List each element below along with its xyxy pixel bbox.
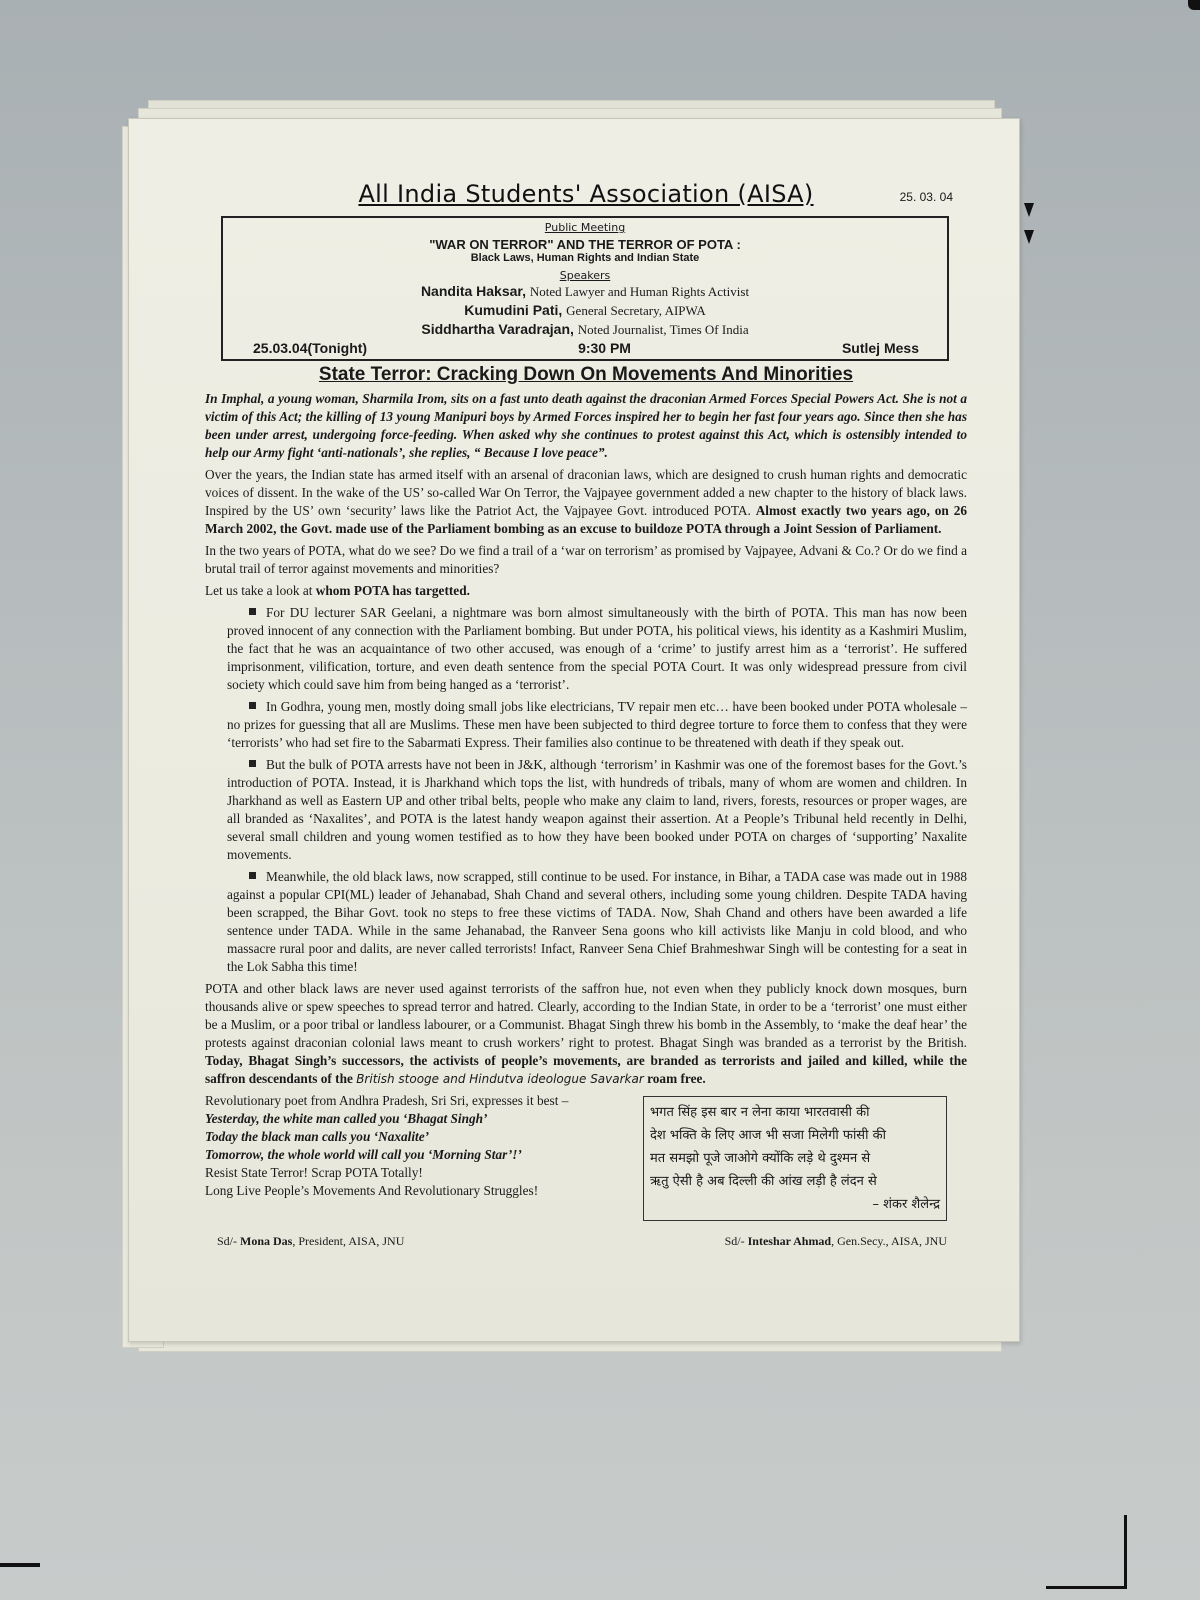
signature-left: Sd/- Mona Das, President, AISA, JNU bbox=[217, 1234, 404, 1249]
signatory-title: , Gen.Secy., AISA, JNU bbox=[831, 1234, 947, 1248]
poem-line-3: Tomorrow, the whole world will call you … bbox=[205, 1146, 625, 1164]
slogan-2: Long Live People’s Movements And Revolut… bbox=[205, 1182, 625, 1200]
speaker-name: Nandita Haksar, bbox=[421, 283, 526, 299]
speaker-3: Siddhartha Varadrajan, Noted Journalist,… bbox=[233, 320, 937, 339]
leaflet-content: All India Students' Association (AISA) 2… bbox=[205, 180, 967, 1249]
closing-section: Revolutionary poet from Andhra Pradesh, … bbox=[205, 1092, 967, 1232]
speakers-label: Speakers bbox=[233, 269, 937, 282]
poem-line-1: Yesterday, the white man called you ‘Bha… bbox=[205, 1110, 625, 1128]
meeting-label: Public Meeting bbox=[233, 221, 937, 234]
bullet-item-godhra: In Godhra, young men, mostly doing small… bbox=[205, 698, 967, 752]
bullet-text: In Godhra, young men, mostly doing small… bbox=[227, 699, 967, 750]
bullet-text: For DU lecturer SAR Geelani, a nightmare… bbox=[227, 605, 967, 692]
square-bullet-icon bbox=[249, 760, 256, 767]
org-title: All India Students' Association (AISA) bbox=[358, 180, 813, 208]
speaker-1: Nandita Haksar, Noted Lawyer and Human R… bbox=[233, 282, 937, 301]
speaker-role: Noted Lawyer and Human Rights Activist bbox=[530, 284, 749, 299]
signatory-name: Mona Das bbox=[240, 1234, 292, 1248]
handwritten-annotation: British stooge and Hindutva ideologue Sa… bbox=[356, 1072, 644, 1086]
meeting-time: 9:30 PM bbox=[578, 340, 631, 356]
speaker-role: Noted Journalist, Times Of India bbox=[578, 322, 749, 337]
speaker-name: Siddhartha Varadrajan, bbox=[421, 321, 574, 337]
public-meeting-box: Public Meeting "WAR ON TERROR" AND THE T… bbox=[221, 216, 949, 361]
background-mark-left bbox=[0, 1563, 40, 1567]
meeting-date: 25.03.04(Tonight) bbox=[253, 340, 367, 356]
signature-right: Sd/- Inteshar Ahmad, Gen.Secy., AISA, JN… bbox=[725, 1234, 947, 1249]
speaker-role: General Secretary, AIPWA bbox=[566, 303, 706, 318]
header: All India Students' Association (AISA) 2… bbox=[205, 180, 967, 216]
background-corner-mark-horizontal bbox=[1046, 1586, 1127, 1589]
bullet-item-geelani: For DU lecturer SAR Geelani, a nightmare… bbox=[205, 604, 967, 694]
bullet-item-tada: Meanwhile, the old black laws, now scrap… bbox=[205, 868, 967, 976]
speaker-name: Kumudini Pati, bbox=[464, 302, 562, 318]
slogan-1: Resist State Terror! Scrap POTA Totally! bbox=[205, 1164, 625, 1182]
bullet-text: But the bulk of POTA arrests have not be… bbox=[227, 757, 967, 862]
signature-prefix: Sd/- bbox=[217, 1234, 240, 1248]
paragraph-text: POTA and other black laws are never used… bbox=[205, 981, 967, 1050]
meeting-venue: Sutlej Mess bbox=[842, 340, 919, 356]
square-bullet-icon bbox=[249, 872, 256, 879]
bullet-item-jharkhand: But the bulk of POTA arrests have not be… bbox=[205, 756, 967, 864]
paragraph-bold-text: roam free. bbox=[647, 1071, 706, 1086]
paragraph-1: Over the years, the Indian state has arm… bbox=[205, 466, 967, 538]
hindi-line-4: ऋतु ऐसी है अब दिल्ली की आंख लड़ी है लंदन… bbox=[650, 1170, 940, 1193]
meeting-heading: "WAR ON TERROR" AND THE TERROR OF POTA : bbox=[233, 237, 937, 252]
meeting-subheading: Black Laws, Human Rights and Indian Stat… bbox=[233, 252, 937, 264]
signatory-name: Inteshar Ahmad bbox=[748, 1234, 831, 1248]
paragraph-2: In the two years of POTA, what do we see… bbox=[205, 542, 967, 578]
meeting-details: 25.03.04(Tonight) 9:30 PM Sutlej Mess bbox=[233, 340, 937, 356]
signatures: Sd/- Mona Das, President, AISA, JNU Sd/-… bbox=[205, 1234, 967, 1249]
poem-line-2: Today the black man calls you ‘Naxalite’ bbox=[205, 1128, 625, 1146]
poet-intro: Revolutionary poet from Andhra Pradesh, … bbox=[205, 1092, 625, 1110]
bullet-text: Meanwhile, the old black laws, now scrap… bbox=[227, 869, 967, 974]
signature-prefix: Sd/- bbox=[725, 1234, 748, 1248]
paragraph-bold-text: whom POTA has targetted. bbox=[316, 583, 470, 598]
speaker-2: Kumudini Pati, General Secretary, AIPWA bbox=[233, 301, 937, 320]
hindi-verse-box: भगत सिंह इस बार न लेना काया भारतवासी की … bbox=[643, 1096, 947, 1221]
paragraph-4: POTA and other black laws are never used… bbox=[205, 980, 967, 1088]
issue-date: 25. 03. 04 bbox=[900, 190, 953, 204]
hindi-line-2: देश भक्ति के लिए आज भी सजा मिलेगी फांसी … bbox=[650, 1124, 940, 1147]
hindi-line-1: भगत सिंह इस बार न लेना काया भारतवासी की bbox=[650, 1101, 940, 1124]
square-bullet-icon bbox=[249, 608, 256, 615]
background-arrow-mark-2 bbox=[1024, 230, 1034, 244]
closing-left-column: Revolutionary poet from Andhra Pradesh, … bbox=[205, 1092, 625, 1200]
square-bullet-icon bbox=[249, 702, 256, 709]
hindi-line-3: मत समझो पूजे जाओगे क्योंकि लड़े थे दुश्म… bbox=[650, 1147, 940, 1170]
intro-paragraph: In Imphal, a young woman, Sharmila Irom,… bbox=[205, 390, 967, 462]
signatory-title: , President, AISA, JNU bbox=[292, 1234, 404, 1248]
hindi-credit: – शंकर शैलेन्द्र bbox=[650, 1193, 940, 1216]
paragraph-3: Let us take a look at whom POTA has targ… bbox=[205, 582, 967, 600]
background-arrow-mark bbox=[1024, 203, 1034, 217]
background-mark-top-right bbox=[1188, 0, 1200, 10]
section-title: State Terror: Cracking Down On Movements… bbox=[205, 364, 967, 386]
paragraph-text: Let us take a look at bbox=[205, 583, 316, 598]
background-corner-mark-vertical bbox=[1124, 1515, 1127, 1587]
